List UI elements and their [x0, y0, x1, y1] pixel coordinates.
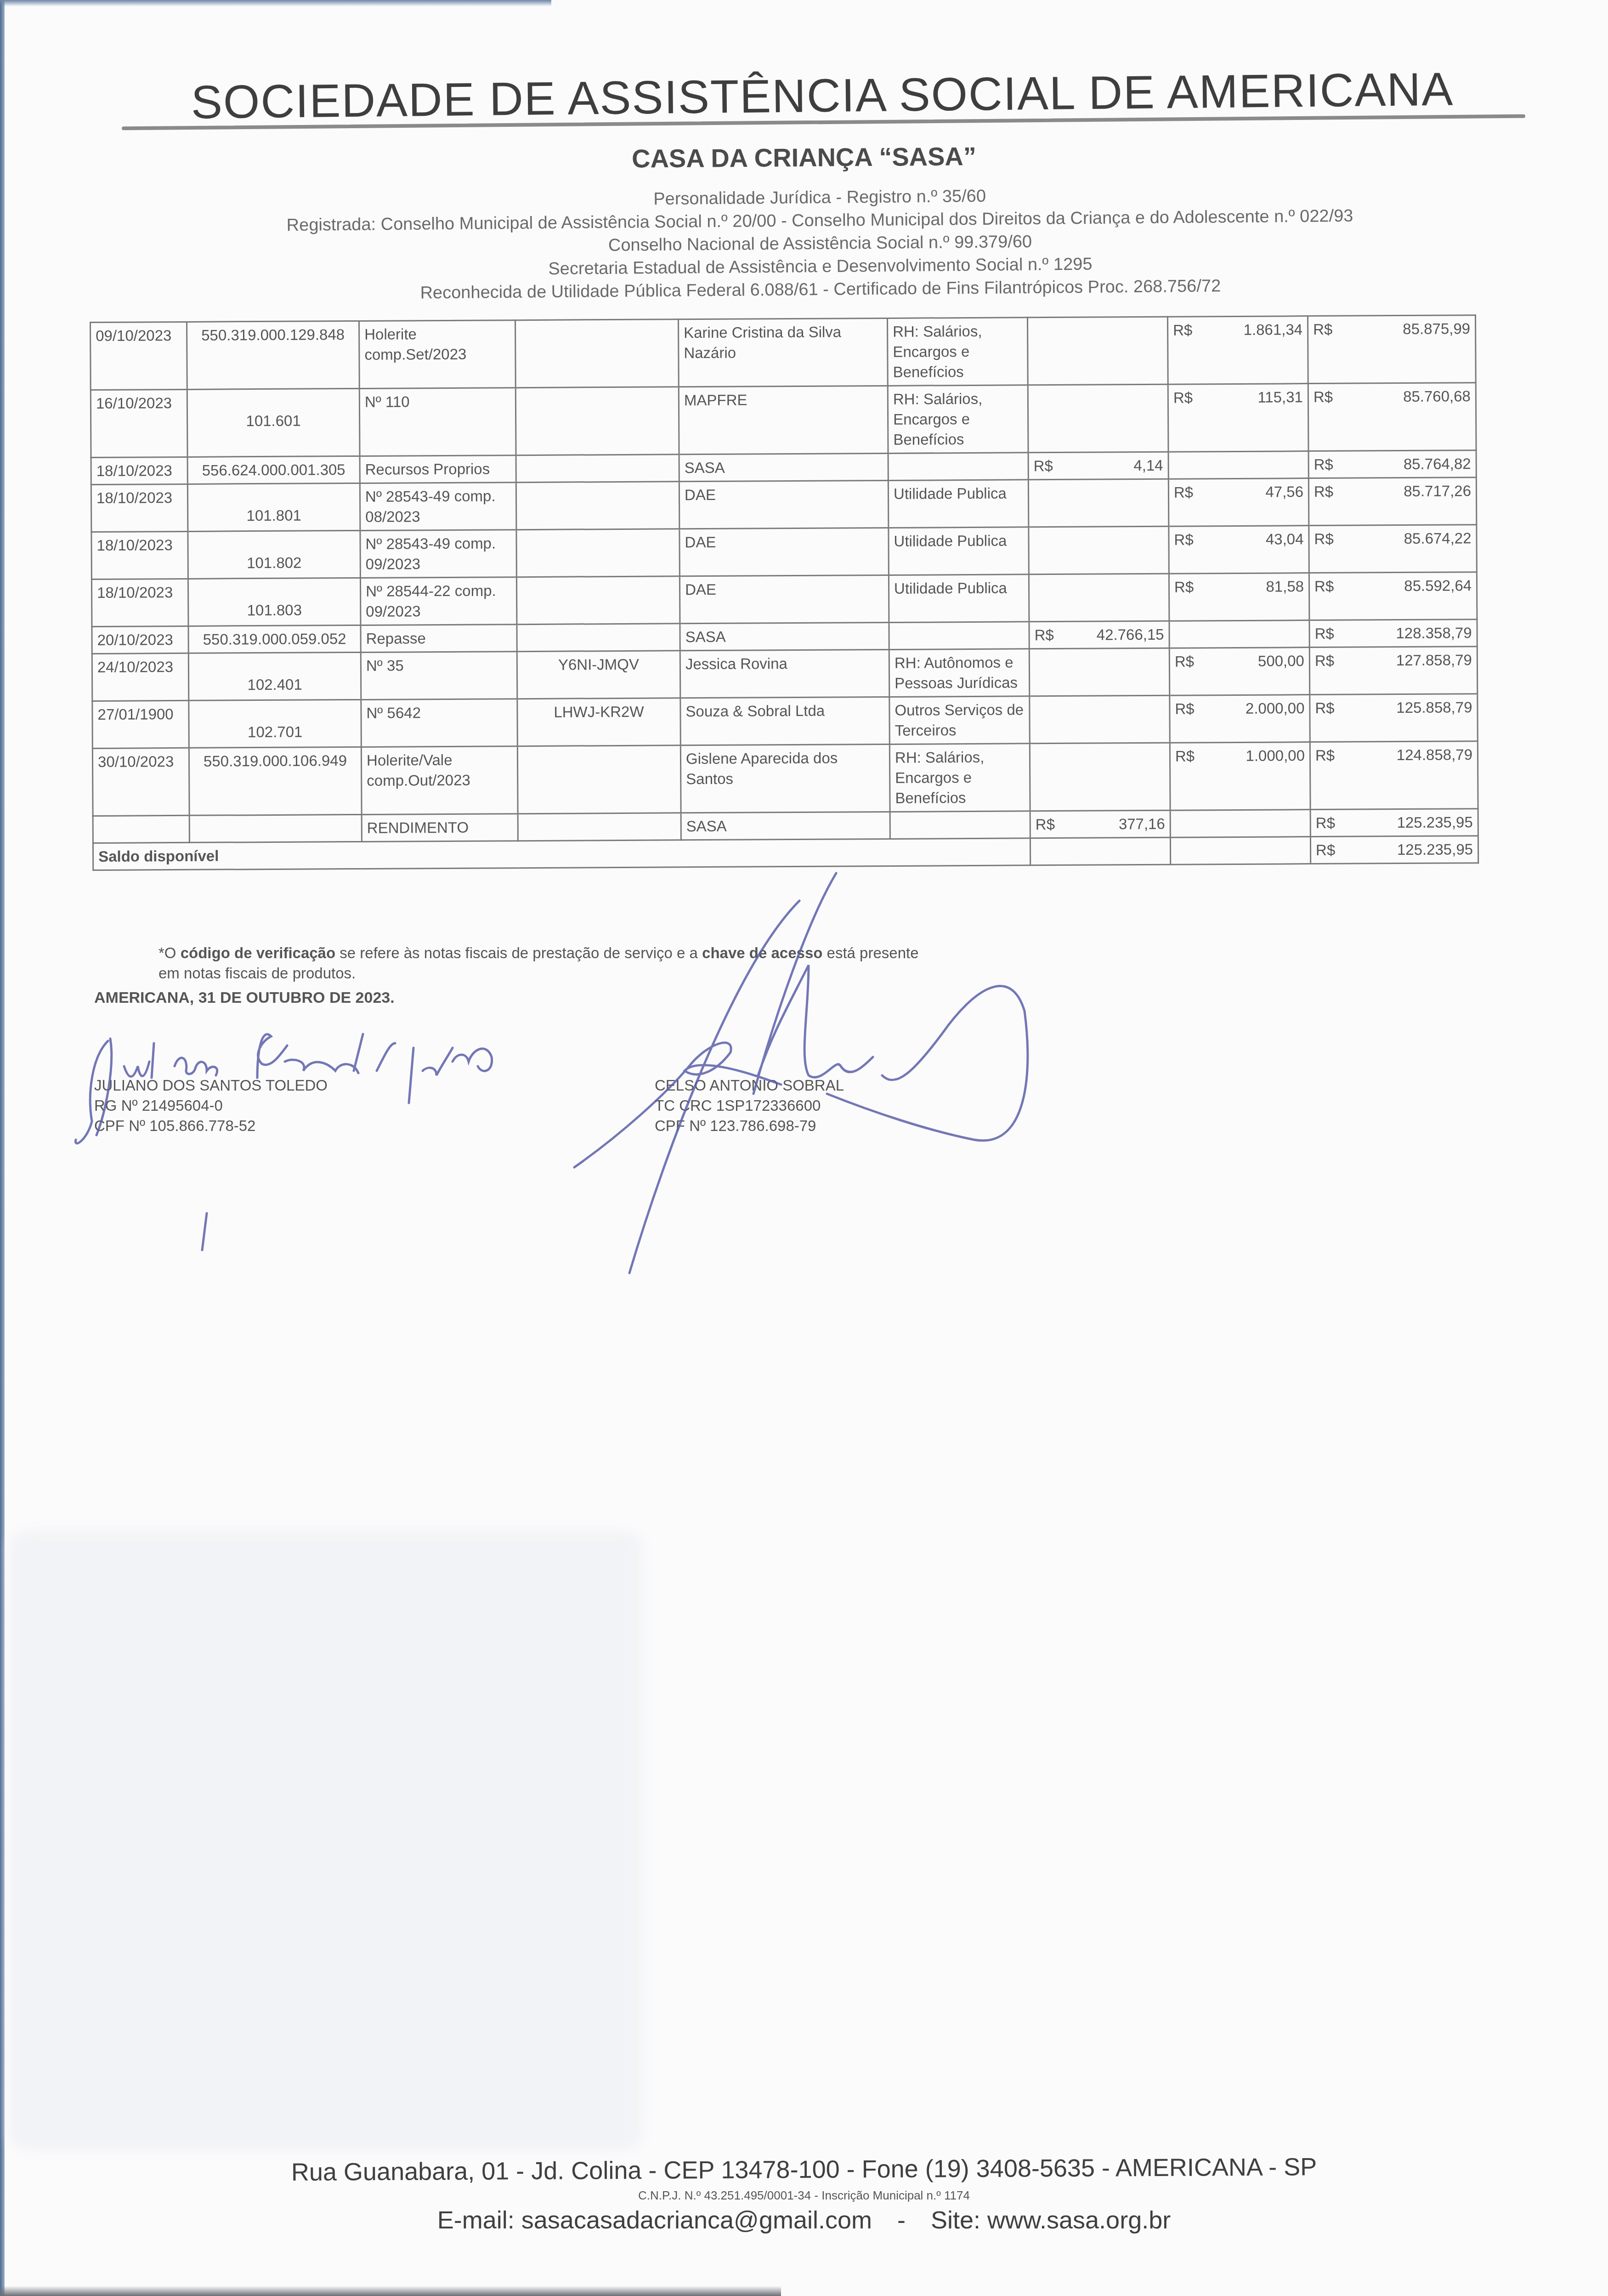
cell-payee: Karine Cristina da Silva Nazário: [678, 318, 888, 386]
cell-description: Nº 5642: [361, 699, 518, 747]
ledger-row: 27/01/1900102.701Nº 5642LHWJ-KR2WSouza &…: [92, 694, 1478, 749]
cell-credit: R$42.766,15: [1029, 621, 1169, 649]
cell-debit: R$47,56: [1168, 478, 1309, 527]
cell-description: Holerite/Vale comp.Out/2023: [361, 746, 518, 815]
cell-verification-code: [516, 576, 680, 625]
cell-debit: R$1.000,00: [1170, 742, 1310, 811]
cell-verification-code: [518, 813, 681, 841]
footer-address: Rua Guanabara, 01 - Jd. Colina - CEP 134…: [0, 2151, 1608, 2188]
cell-date: 30/10/2023: [92, 748, 189, 816]
cell-payee: SASA: [679, 453, 888, 481]
cell-payee: MAPFRE: [679, 386, 888, 454]
cell-verification-code: [516, 455, 679, 483]
cell-document-number: 550.319.000.106.949: [189, 747, 362, 815]
cell-credit: R$377,16: [1030, 810, 1170, 838]
cell-document-number: 101.803: [188, 578, 361, 626]
signatory-name: CELSO ANTONIO SOBRAL: [655, 1075, 844, 1096]
cell-document-number: 101.802: [188, 530, 361, 579]
saldo-empty: [1030, 837, 1170, 865]
cell-verification-code: [517, 745, 681, 814]
cell-debit: R$500,00: [1169, 648, 1310, 696]
cell-description: Nº 28543-49 comp. 09/2023: [360, 530, 517, 578]
saldo-label: Saldo disponível: [93, 838, 1030, 870]
cell-document-number: 102.701: [189, 699, 362, 748]
signature-stroke-icon: [202, 1213, 207, 1250]
signatory-cpf: CPF Nº 123.786.698-79: [655, 1116, 844, 1136]
signatory-name: JULIANO DOS SANTOS TOLEDO: [94, 1075, 328, 1096]
ledger-row: 16/10/2023101.601Nº 110MAPFRERH: Salário…: [91, 383, 1476, 458]
cell-description: Nº 110: [359, 388, 516, 456]
signatory-rg: RG Nº 21495604-0: [94, 1096, 328, 1116]
cell-balance: R$85.674,22: [1309, 525, 1477, 573]
saldo-empty: [1170, 837, 1310, 865]
cell-category: RH: Salários, Encargos e Benefícios: [887, 318, 1028, 386]
cell-balance: R$125.235,95: [1310, 809, 1478, 837]
cell-credit: [1029, 574, 1169, 622]
cell-date: [93, 815, 189, 843]
cell-balance: R$85.875,99: [1308, 315, 1476, 384]
cell-description: Repasse: [361, 625, 517, 653]
cell-date: 18/10/2023: [91, 484, 188, 532]
footer-email[interactable]: E-mail: sasacasadacrianca@gmail.com: [437, 2206, 872, 2234]
verification-note: *O código de verificação se refere às no…: [159, 943, 940, 983]
signature-celso-icon: [574, 873, 1028, 1273]
cell-credit: [1030, 743, 1170, 811]
cell-category: [889, 622, 1029, 650]
cell-debit: R$2.000,00: [1170, 695, 1310, 743]
signatory-cpf: CPF Nº 105.866.778-52: [94, 1116, 328, 1136]
cell-date: 18/10/2023: [91, 531, 188, 579]
cell-payee: SASA: [681, 812, 890, 840]
footer-contact: E-mail: sasacasadacrianca@gmail.com - Si…: [0, 2206, 1608, 2234]
cell-payee: Gislene Aparecida dos Santos: [680, 744, 890, 813]
cell-category: [888, 453, 1028, 481]
registration-lines: Personalidade Jurídica - Registro n.º 35…: [119, 180, 1521, 307]
cell-credit: R$4,14: [1028, 452, 1168, 480]
cell-payee: DAE: [679, 575, 889, 623]
cell-payee: Jessica Rovina: [680, 649, 889, 698]
cell-description: Nº 28544-22 comp. 09/2023: [360, 577, 517, 625]
cell-description: Nº 28543-49 comp. 08/2023: [360, 483, 516, 531]
cell-balance: R$127.858,79: [1309, 647, 1478, 695]
cell-balance: R$85.764,82: [1308, 450, 1476, 478]
cell-payee: DAE: [679, 480, 889, 529]
cell-date: 20/10/2023: [92, 626, 188, 654]
cell-date: 27/01/1900: [92, 700, 189, 748]
cell-date: 16/10/2023: [91, 389, 187, 457]
footer-site[interactable]: Site: www.sasa.org.br: [931, 2206, 1171, 2234]
cell-verification-code: LHWJ-KR2W: [517, 698, 681, 746]
signatory-juliano: JULIANO DOS SANTOS TOLEDO RG Nº 21495604…: [94, 1075, 328, 1136]
cell-credit: [1028, 479, 1169, 527]
cell-balance: R$85.760,68: [1308, 383, 1476, 451]
cell-payee: Souza & Sobral Ltda: [680, 697, 890, 745]
cell-document-number: 102.401: [188, 652, 361, 700]
cell-credit: [1030, 695, 1170, 744]
cell-document-number: 101.601: [187, 388, 360, 457]
ledger-row: 24/10/2023102.401Nº 35Y6NI-JMQVJessica R…: [92, 647, 1477, 701]
cell-document-number: [189, 814, 362, 842]
scan-edge-left: [0, 0, 5, 2296]
signatory-crc: TC CRC 1SP172336600: [655, 1096, 844, 1116]
saldo-value: R$125.235,95: [1310, 836, 1478, 864]
cell-debit: [1169, 620, 1309, 648]
cell-debit: R$115,31: [1168, 384, 1308, 452]
paper-shadow: [9, 1530, 643, 2151]
cell-debit: R$43,04: [1169, 526, 1309, 574]
cell-date: 18/10/2023: [91, 457, 187, 484]
cell-category: Utilidade Publica: [888, 480, 1029, 528]
cell-category: Utilidade Publica: [889, 527, 1029, 575]
cell-date: 18/10/2023: [91, 579, 188, 626]
cell-document-number: 101.801: [187, 483, 360, 531]
ledger-row: 18/10/2023101.802Nº 28543-49 comp. 09/20…: [91, 525, 1477, 580]
place-date: AMERICANA, 31 DE OUTUBRO DE 2023.: [94, 989, 395, 1007]
cell-description: Nº 35: [361, 652, 517, 700]
cell-category: Utilidade Publica: [889, 574, 1029, 623]
cell-verification-code: [516, 529, 680, 577]
cell-date: 09/10/2023: [91, 322, 187, 390]
cell-document-number: 556.624.000.001.305: [187, 456, 360, 484]
cell-category: RH: Salários, Encargos e Benefícios: [888, 385, 1028, 454]
cell-document-number: 550.319.000.129.848: [187, 321, 360, 389]
footer-separator: -: [879, 2206, 924, 2234]
cell-category: RH: Autônomos e Pessoas Jurídicas: [889, 649, 1030, 697]
organization-subtitle: CASA DA CRIANÇA “SASA”: [0, 137, 1608, 178]
cell-payee: DAE: [679, 528, 889, 576]
cell-credit: [1029, 526, 1169, 574]
cell-verification-code: [515, 319, 679, 388]
ledger-table: 09/10/2023550.319.000.129.848Holerite co…: [90, 314, 1479, 871]
cell-payee: SASA: [680, 622, 889, 650]
scan-edge-top: [0, 0, 551, 6]
signatory-celso: CELSO ANTONIO SOBRAL TC CRC 1SP172336600…: [655, 1075, 844, 1136]
cell-description: Holerite comp.Set/2023: [359, 320, 515, 389]
cell-debit: R$1.861,34: [1167, 316, 1308, 385]
ledger-row: 09/10/2023550.319.000.129.848Holerite co…: [91, 315, 1476, 390]
cell-credit: [1029, 648, 1170, 696]
cell-balance: R$125.858,79: [1310, 694, 1478, 742]
cell-verification-code: [517, 624, 680, 652]
cell-balance: R$128.358,79: [1309, 619, 1477, 648]
cell-category: RH: Salários, Encargos e Benefícios: [889, 744, 1030, 812]
cell-verification-code: Y6NI-JMQV: [517, 651, 680, 699]
cell-credit: [1028, 384, 1168, 453]
cell-debit: [1168, 451, 1308, 479]
cell-description: RENDIMENTO: [362, 814, 518, 842]
cell-verification-code: [516, 482, 679, 530]
cell-balance: R$124.858,79: [1310, 741, 1478, 810]
footer-cnpj: C.N.P.J. N.º 43.251.495/0001-34 - Inscri…: [0, 2188, 1608, 2203]
cell-balance: R$85.592,64: [1309, 572, 1477, 620]
cell-document-number: 550.319.000.059.052: [188, 625, 361, 653]
cell-credit: [1027, 317, 1168, 385]
cell-balance: R$85.717,26: [1308, 477, 1477, 526]
ledger-row: 30/10/2023550.319.000.106.949Holerite/Va…: [92, 741, 1478, 816]
ledger-row: 18/10/2023101.803Nº 28544-22 comp. 09/20…: [91, 572, 1477, 627]
cell-description: Recursos Proprios: [360, 455, 516, 483]
cell-category: [890, 811, 1030, 839]
scan-edge-bottom: [0, 2286, 781, 2296]
cell-debit: [1170, 810, 1310, 838]
ledger-row: 18/10/2023101.801Nº 28543-49 comp. 08/20…: [91, 477, 1476, 532]
cell-debit: R$81,58: [1169, 573, 1309, 621]
cell-date: 24/10/2023: [92, 653, 189, 701]
cell-verification-code: [515, 387, 679, 455]
cell-category: Outros Serviços de Terceiros: [889, 696, 1030, 744]
